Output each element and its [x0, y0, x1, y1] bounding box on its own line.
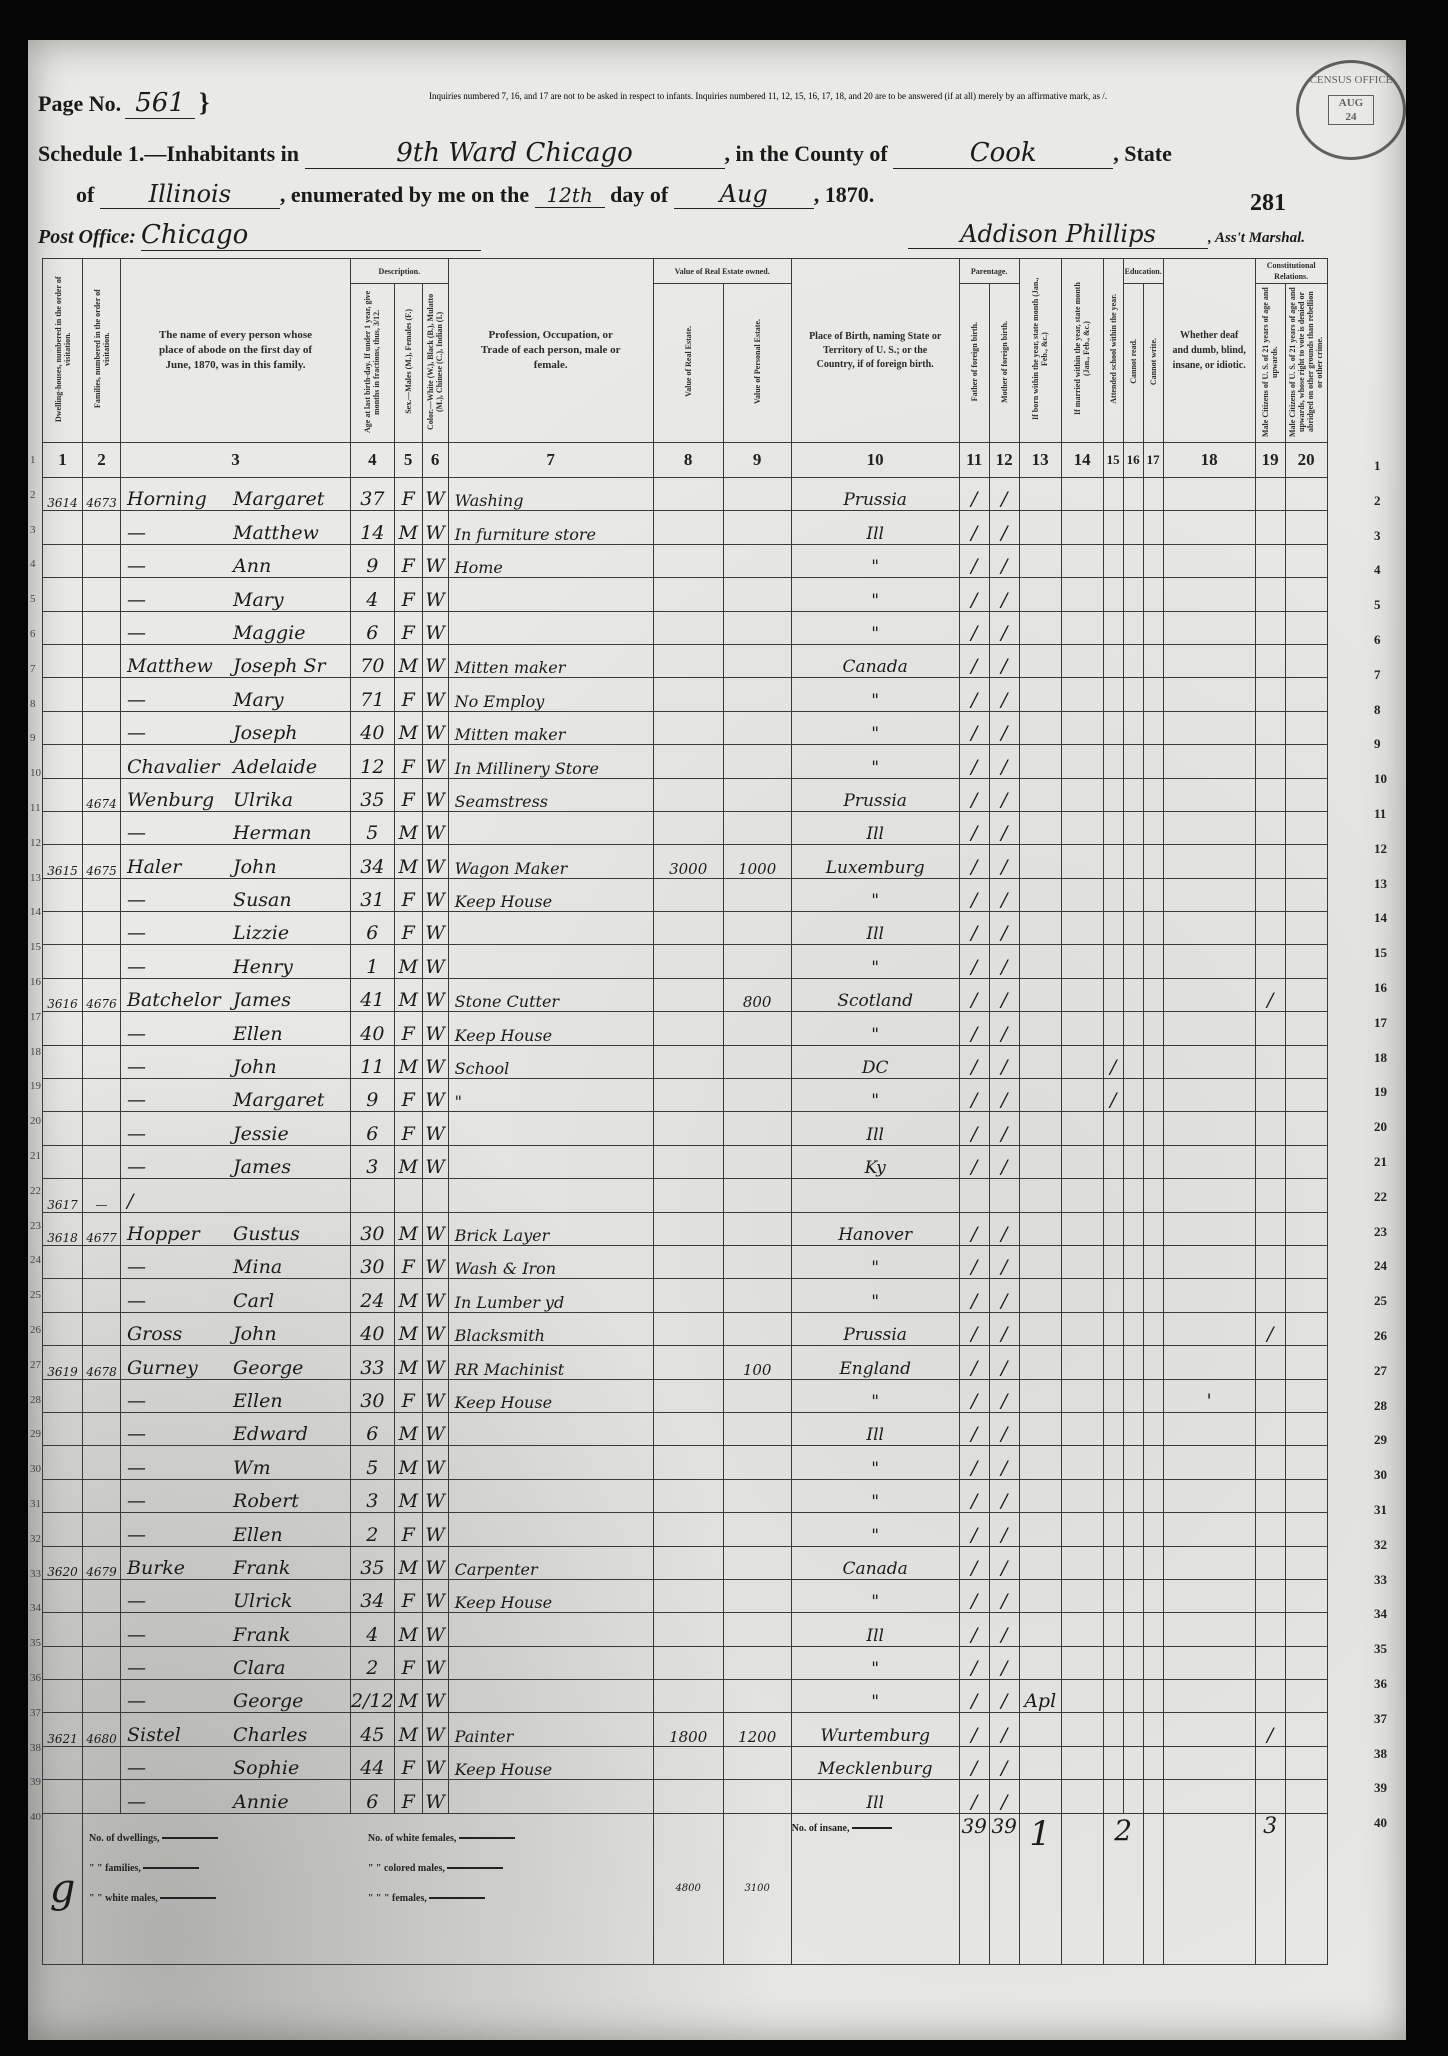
col-19-header: Male Citizens of U. S. of 21 years of ag…	[1255, 284, 1285, 443]
male-citizen-mark	[1255, 1179, 1285, 1212]
color: W	[422, 1446, 448, 1479]
left-tally-mark: g	[43, 1813, 83, 1964]
table-row: — Ellen2FW"//	[43, 1513, 1328, 1546]
age: 30	[351, 1245, 395, 1278]
surname: —	[127, 889, 227, 911]
married-within-year	[1061, 544, 1103, 577]
table-row: — John11MWSchoolDC///	[43, 1045, 1328, 1078]
cannot-read-mark	[1123, 1045, 1143, 1078]
age: 35	[351, 778, 395, 811]
dwelling-number	[43, 1613, 83, 1646]
given-name: James	[233, 989, 291, 1011]
age: 3	[351, 1145, 395, 1178]
married-within-year	[1061, 1613, 1103, 1646]
sex: F	[394, 1379, 422, 1412]
real-estate-value	[653, 1446, 723, 1479]
surname: —	[127, 522, 227, 544]
attended-school-mark	[1103, 945, 1123, 978]
birthplace: "	[791, 1579, 959, 1612]
born-within-year	[1019, 1145, 1061, 1178]
color: W	[422, 1012, 448, 1045]
line-number-left: 34	[30, 1602, 41, 1614]
born-within-year	[1019, 811, 1061, 844]
table-row: — George2/12MW"//Apl	[43, 1680, 1328, 1713]
year-label: , 1870.	[814, 182, 875, 207]
line-number: 10	[1374, 771, 1387, 787]
mother-foreign-mark: /	[989, 711, 1019, 744]
given-name: Matthew	[233, 522, 319, 544]
married-within-year	[1061, 1079, 1103, 1112]
cannot-write-mark	[1143, 1513, 1163, 1546]
age: 6	[351, 611, 395, 644]
person-name: — Matthew	[121, 511, 351, 544]
family-number	[83, 1245, 121, 1278]
line-number-left: 29	[30, 1428, 41, 1440]
personal-estate-value	[723, 1513, 791, 1546]
col-12-header: Mother of foreign birth.	[989, 284, 1019, 443]
vote-denied-mark	[1285, 1446, 1327, 1479]
occupation	[448, 1412, 653, 1445]
deaf-blind-insane	[1163, 1112, 1255, 1145]
cannot-read-mark	[1123, 1245, 1143, 1278]
birthplace: "	[791, 1513, 959, 1546]
vote-denied-mark	[1285, 1513, 1327, 1546]
line-number-left: 39	[30, 1776, 41, 1788]
occupation: Stone Cutter	[448, 978, 653, 1011]
line-number: 14	[1374, 910, 1387, 926]
male-citizen-mark	[1255, 945, 1285, 978]
attended-school-mark	[1103, 711, 1123, 744]
color: W	[422, 1479, 448, 1512]
age: 45	[351, 1713, 395, 1746]
real-estate-value	[653, 1579, 723, 1612]
person-name: — Ulrick	[121, 1579, 351, 1612]
enumeration-line: of Illinois, enumerated by me on the 12t…	[76, 180, 874, 209]
attended-school-mark	[1103, 912, 1123, 945]
age: 30	[351, 1212, 395, 1245]
vote-denied-mark	[1285, 1680, 1327, 1713]
mother-foreign-mark: /	[989, 1579, 1019, 1612]
personal-estate-value	[723, 644, 791, 677]
real-estate-value	[653, 978, 723, 1011]
col-number: 4	[351, 443, 395, 478]
age: 70	[351, 644, 395, 677]
table-row: — Jessie6FWIll//	[43, 1112, 1328, 1145]
attended-school-mark	[1103, 1746, 1123, 1779]
age: 35	[351, 1546, 395, 1579]
born-within-year	[1019, 1346, 1061, 1379]
born-within-year	[1019, 878, 1061, 911]
line-number-left: 26	[30, 1324, 41, 1336]
cannot-write-mark	[1143, 1446, 1163, 1479]
vote-denied-mark	[1285, 711, 1327, 744]
family-number: 4677	[83, 1212, 121, 1245]
color: W	[422, 945, 448, 978]
cannot-write-mark	[1143, 1279, 1163, 1312]
occupation: Keep House	[448, 1579, 653, 1612]
cannot-read-mark	[1123, 1412, 1143, 1445]
mother-foreign-mark: /	[989, 1713, 1019, 1746]
cannot-write-mark	[1143, 1312, 1163, 1345]
occupation	[448, 1479, 653, 1512]
given-name: Charles	[233, 1724, 307, 1746]
surname: —	[127, 1123, 227, 1145]
occupation: School	[448, 1045, 653, 1078]
real-estate-value	[653, 678, 723, 711]
vote-denied-mark	[1285, 1479, 1327, 1512]
line-number-left: 40	[30, 1811, 41, 1823]
attended-school-mark	[1103, 544, 1123, 577]
table-row: 36144673Horning Margaret37FWWashingPruss…	[43, 478, 1328, 511]
mother-foreign-mark: /	[989, 1479, 1019, 1512]
cannot-write-mark	[1143, 845, 1163, 878]
mother-foreign-mark: /	[989, 1045, 1019, 1078]
color: W	[422, 1145, 448, 1178]
male-citizen-mark	[1255, 745, 1285, 778]
line-number-left: 27	[30, 1359, 41, 1371]
col-number: 9	[723, 443, 791, 478]
line-number-left: 11	[30, 802, 41, 814]
person-name: — Margaret	[121, 1079, 351, 1112]
dwelling-number	[43, 811, 83, 844]
census-page: Page No. 561 } Inquiries numbered 7, 16,…	[28, 40, 1406, 2040]
mother-foreign-mark: /	[989, 1079, 1019, 1112]
cannot-write-mark	[1143, 1479, 1163, 1512]
surname: —	[127, 1757, 227, 1779]
real-estate-value: 1800	[653, 1713, 723, 1746]
sex: M	[394, 1045, 422, 1078]
father-foreign-mark: /	[959, 678, 989, 711]
sex: F	[394, 1012, 422, 1045]
line-number: 31	[1374, 1502, 1387, 1518]
age: 5	[351, 811, 395, 844]
line-number-left: 31	[30, 1498, 41, 1510]
cannot-read-mark	[1123, 1312, 1143, 1345]
married-within-year	[1061, 778, 1103, 811]
father-foreign-mark	[959, 1179, 989, 1212]
sex: M	[394, 1613, 422, 1646]
given-name: Wm	[233, 1457, 271, 1479]
male-citizen-mark	[1255, 1546, 1285, 1579]
cannot-write-mark	[1143, 1379, 1163, 1412]
table-row: — Margaret9FW""///	[43, 1079, 1328, 1112]
person-name: — Annie	[121, 1780, 351, 1813]
personal-estate-value	[723, 1546, 791, 1579]
given-name: Ann	[233, 555, 271, 577]
personal-estate-value	[723, 711, 791, 744]
vote-denied-mark	[1285, 1212, 1327, 1245]
dwellings-label: No. of dwellings,	[89, 1833, 160, 1844]
color: W	[422, 1680, 448, 1713]
male-citizen-mark	[1255, 845, 1285, 878]
cannot-read-mark	[1123, 678, 1143, 711]
sex	[394, 1179, 422, 1212]
table-row: — Wm5MW"//	[43, 1446, 1328, 1479]
col-15-header: Attended school within the year.	[1103, 259, 1123, 443]
father-foreign-mark: /	[959, 1746, 989, 1779]
dwelling-number	[43, 1045, 83, 1078]
born-within-year	[1019, 945, 1061, 978]
born-within-year	[1019, 644, 1061, 677]
married-within-year	[1061, 711, 1103, 744]
born-within-year	[1019, 1446, 1061, 1479]
column-number-row: 1 2 3 4 5 6 7 8 9 10 11 12 13 14 15 16 1…	[43, 443, 1328, 478]
deaf-blind-insane	[1163, 1646, 1255, 1679]
deaf-blind-insane	[1163, 811, 1255, 844]
dwelling-number	[43, 745, 83, 778]
occupation: Blacksmith	[448, 1312, 653, 1345]
cannot-read-mark	[1123, 644, 1143, 677]
sex: M	[394, 1479, 422, 1512]
dwelling-number: 3616	[43, 978, 83, 1011]
surname: —	[127, 1423, 227, 1445]
birthplace: "	[791, 1646, 959, 1679]
age: 30	[351, 1379, 395, 1412]
male-citizen-mark	[1255, 1379, 1285, 1412]
born-within-year	[1019, 1245, 1061, 1278]
given-name: Joseph Sr	[233, 655, 326, 677]
color: W	[422, 1780, 448, 1813]
given-name: Robert	[233, 1490, 299, 1512]
father-foreign-mark: /	[959, 1245, 989, 1278]
person-name: Wenburg Ulrika	[121, 778, 351, 811]
col-10-header: Place of Birth, naming State or Territor…	[791, 259, 959, 443]
birthplace: "	[791, 1379, 959, 1412]
cannot-write-mark	[1143, 1045, 1163, 1078]
person-name: — Mary	[121, 578, 351, 611]
total-deaf-blind	[1163, 1813, 1255, 1964]
cannot-read-mark	[1123, 1780, 1143, 1813]
deaf-blind-insane	[1163, 1713, 1255, 1746]
married-within-year	[1061, 811, 1103, 844]
day-field: 12th	[535, 183, 605, 208]
line-number-left: 8	[30, 698, 36, 710]
vote-denied-mark	[1285, 1713, 1327, 1746]
given-name: Herman	[233, 822, 311, 844]
father-foreign-mark: /	[959, 745, 989, 778]
given-name: Edward	[233, 1423, 308, 1445]
age	[351, 1179, 395, 1212]
dwelling-number	[43, 1579, 83, 1612]
personal-estate-value	[723, 778, 791, 811]
schedule-label: Schedule 1.—Inhabitants in	[38, 141, 299, 166]
deaf-blind-insane	[1163, 1780, 1255, 1813]
person-name: Burke Frank	[121, 1546, 351, 1579]
color: W	[422, 1513, 448, 1546]
attended-school-mark	[1103, 1279, 1123, 1312]
total-vote-denied	[1285, 1813, 1327, 1964]
cannot-read-mark	[1123, 978, 1143, 1011]
attended-school-mark	[1103, 611, 1123, 644]
mother-foreign-mark: /	[989, 778, 1019, 811]
color: W	[422, 478, 448, 511]
table-row: — Clara2FW"//	[43, 1646, 1328, 1679]
male-citizen-mark	[1255, 711, 1285, 744]
personal-estate-value	[723, 1079, 791, 1112]
married-within-year	[1061, 1112, 1103, 1145]
table-row: — Edward6MWIll//	[43, 1412, 1328, 1445]
married-within-year	[1061, 1212, 1103, 1245]
personal-estate-value	[723, 1245, 791, 1278]
table-row: — Ulrick34FWKeep House"//	[43, 1579, 1328, 1612]
col-number: 1	[43, 443, 83, 478]
given-name: Carl	[233, 1290, 274, 1312]
sex: M	[394, 1312, 422, 1345]
mother-foreign-mark: /	[989, 745, 1019, 778]
birthplace: "	[791, 1446, 959, 1479]
born-within-year	[1019, 544, 1061, 577]
cannot-read-mark	[1123, 845, 1143, 878]
occupation: Wash & Iron	[448, 1245, 653, 1278]
born-within-year	[1019, 1279, 1061, 1312]
real-estate-value	[653, 1279, 723, 1312]
father-foreign-mark: /	[959, 711, 989, 744]
surname: —	[127, 1791, 227, 1813]
dwelling-number	[43, 1012, 83, 1045]
age: 4	[351, 1613, 395, 1646]
person-name: Haler John	[121, 845, 351, 878]
born-within-year	[1019, 745, 1061, 778]
surname: /	[127, 1190, 227, 1212]
cannot-read-mark	[1123, 511, 1143, 544]
sex: F	[394, 1646, 422, 1679]
real-estate-value	[653, 1412, 723, 1445]
cannot-read-mark	[1123, 1279, 1143, 1312]
color: W	[422, 578, 448, 611]
cannot-write-mark	[1143, 1546, 1163, 1579]
color: W	[422, 1613, 448, 1646]
sex: F	[394, 611, 422, 644]
given-name: Ellen	[233, 1524, 283, 1546]
color: W	[422, 1646, 448, 1679]
cannot-read-mark	[1123, 1012, 1143, 1045]
cannot-write-mark	[1143, 678, 1163, 711]
surname: Batchelor	[127, 989, 227, 1011]
sex: F	[394, 1513, 422, 1546]
sex: M	[394, 1713, 422, 1746]
dwelling-number	[43, 1279, 83, 1312]
color: W	[422, 711, 448, 744]
father-foreign-mark: /	[959, 912, 989, 945]
line-number-left: 28	[30, 1394, 41, 1406]
mother-foreign-mark: /	[989, 845, 1019, 878]
given-name: James	[233, 1156, 291, 1178]
color: W	[422, 1045, 448, 1078]
dwelling-number	[43, 1079, 83, 1112]
attended-school-mark	[1103, 1112, 1123, 1145]
birthplace: "	[791, 878, 959, 911]
married-within-year	[1061, 1579, 1103, 1612]
deaf-blind-insane	[1163, 1245, 1255, 1278]
family-number: 4673	[83, 478, 121, 511]
surname: —	[127, 622, 227, 644]
age: 71	[351, 678, 395, 711]
birthplace	[791, 1179, 959, 1212]
col-8-header: Value of Real Estate.	[653, 284, 723, 443]
vote-denied-mark	[1285, 1145, 1327, 1178]
surname: —	[127, 555, 227, 577]
occupation: Seamstress	[448, 778, 653, 811]
deaf-blind-insane	[1163, 778, 1255, 811]
family-number	[83, 1746, 121, 1779]
dwelling-number: 3621	[43, 1713, 83, 1746]
mother-foreign-mark: /	[989, 1379, 1019, 1412]
family-number: 4680	[83, 1713, 121, 1746]
surname: Burke	[127, 1557, 227, 1579]
vote-denied-mark	[1285, 778, 1327, 811]
birthplace: Prussia	[791, 478, 959, 511]
family-number	[83, 511, 121, 544]
family-number	[83, 1379, 121, 1412]
birthplace: "	[791, 745, 959, 778]
male-citizen-mark	[1255, 1513, 1285, 1546]
personal-estate-value	[723, 1045, 791, 1078]
deaf-blind-insane	[1163, 945, 1255, 978]
dwelling-number	[43, 1245, 83, 1278]
personal-estate-value	[723, 511, 791, 544]
given-name: Jessie	[233, 1123, 289, 1145]
real-estate-value	[653, 1245, 723, 1278]
post-office-field: Chicago	[141, 220, 481, 251]
deaf-blind-insane	[1163, 1613, 1255, 1646]
color: W	[422, 1312, 448, 1345]
table-row: 3617—/	[43, 1179, 1328, 1212]
birthplace: "	[791, 1279, 959, 1312]
sex: M	[394, 1680, 422, 1713]
mother-foreign-mark: /	[989, 1680, 1019, 1713]
vote-denied-mark	[1285, 644, 1327, 677]
dwelling-number	[43, 912, 83, 945]
personal-estate-value	[723, 1412, 791, 1445]
male-citizen-mark	[1255, 1579, 1285, 1612]
deaf-blind-insane	[1163, 1579, 1255, 1612]
occupation	[448, 1145, 653, 1178]
person-name: — Sophie	[121, 1746, 351, 1779]
page-number-line: Page No. 561 }	[38, 88, 209, 119]
cannot-read-mark	[1123, 1179, 1143, 1212]
father-foreign-mark: /	[959, 1546, 989, 1579]
color: W	[422, 1245, 448, 1278]
father-foreign-mark: /	[959, 611, 989, 644]
age: 37	[351, 478, 395, 511]
father-foreign-mark: /	[959, 878, 989, 911]
surname: —	[127, 1624, 227, 1646]
table-row: — Annie6FWIll//	[43, 1780, 1328, 1813]
given-name: Ellen	[233, 1023, 283, 1045]
family-number	[83, 1312, 121, 1345]
attended-school-mark	[1103, 811, 1123, 844]
cannot-write-mark	[1143, 544, 1163, 577]
family-number	[83, 578, 121, 611]
line-number-left: 10	[30, 767, 41, 779]
mother-foreign-mark: /	[989, 811, 1019, 844]
constitutional-group-header: Constitutional Relations.	[1255, 259, 1327, 284]
married-within-year	[1061, 1412, 1103, 1445]
male-citizen-mark	[1255, 1079, 1285, 1112]
married-within-year	[1061, 945, 1103, 978]
attended-school-mark	[1103, 578, 1123, 611]
personal-estate-value	[723, 678, 791, 711]
table-row: — Robert3MW"//	[43, 1479, 1328, 1512]
line-number-left: 20	[30, 1115, 41, 1127]
male-citizen-mark	[1255, 511, 1285, 544]
attended-school-mark	[1103, 1713, 1123, 1746]
col-number: 5	[394, 443, 422, 478]
father-foreign-mark: /	[959, 945, 989, 978]
birthplace: Hanover	[791, 1212, 959, 1245]
person-name: — Susan	[121, 878, 351, 911]
family-number	[83, 1680, 121, 1713]
